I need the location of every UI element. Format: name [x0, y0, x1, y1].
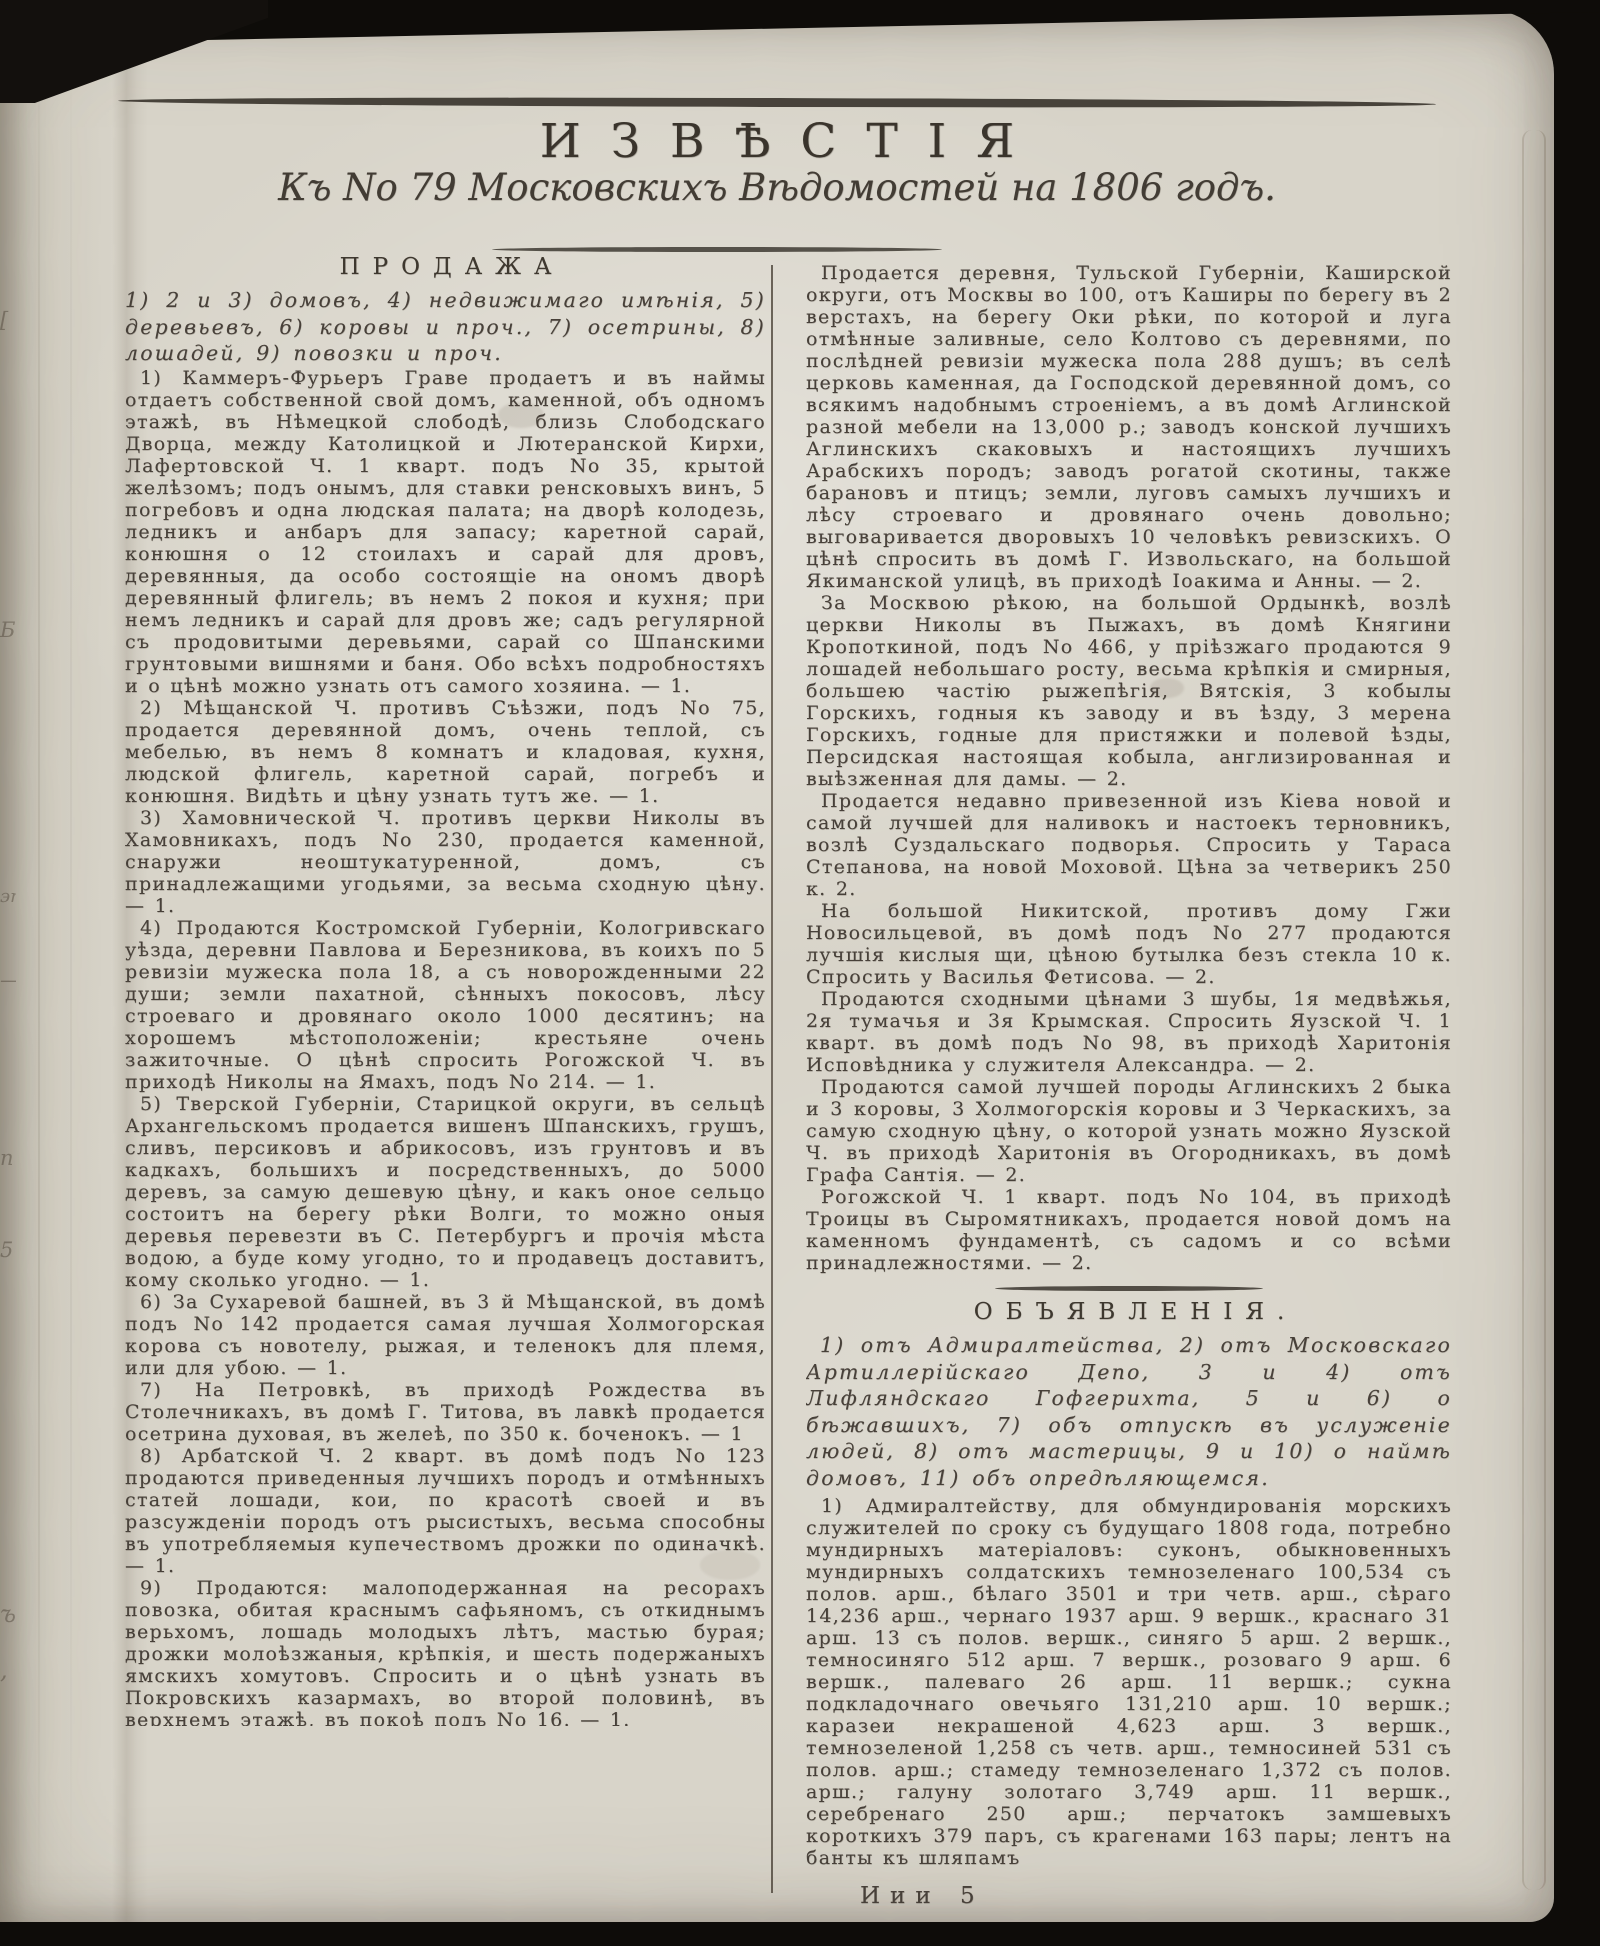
masthead-title: ИЗВѢСТІЯ [0, 114, 1554, 169]
paper-crease [38, 10, 40, 1922]
page-stack-edge [1522, 130, 1546, 1890]
sale-section-heading: ПРОДАЖА [125, 256, 766, 278]
masthead-subtitle: Къ No 79 Московскихъ Вѣдомостей на 1806 … [0, 166, 1554, 209]
newspaper-page: [ Б эт — п 5 ъ , ИЗВѢСТІЯ Къ No 79 Моско… [0, 10, 1554, 1922]
sale-item-3: 3) Хамовнической Ч. противъ церкви Никол… [125, 807, 766, 917]
edge-fragment: ъ [0, 1600, 16, 1628]
sale-notice-1: Продается деревня, Тульской Губерніи, Ка… [806, 262, 1452, 592]
left-column: ПРОДАЖА 1) 2 и 3) домовъ, 4) недвижимаго… [125, 256, 766, 1726]
edge-fragment: Б [0, 618, 16, 642]
edge-fragment: п [0, 1146, 16, 1170]
section-divider [995, 1286, 1263, 1291]
printer-signature-mark: Иии 5 [860, 1885, 1452, 1907]
scan-background-bottom [0, 1922, 1600, 1946]
paper-crease [70, 10, 72, 1922]
sale-item-8: 8) Арбатской Ч. 2 кварт. въ домѣ подъ No… [125, 1445, 766, 1577]
announcement-item-1: 1) Адмиралтейству, для обмундированія мо… [806, 1495, 1452, 1869]
sale-item-7: 7) На Петровкѣ, въ приходѣ Рождества въ … [125, 1379, 766, 1445]
sale-item-9: 9) Продаются: малоподержанная на ресорах… [125, 1577, 766, 1727]
edge-fragment: — [0, 968, 16, 992]
sale-notice-3: Продается недавно привезенной изъ Кіева … [806, 790, 1452, 900]
announcements-index-paragraph: 1) отъ Адмиралтейства, 2) отъ Московскаг… [806, 1332, 1452, 1491]
right-column: Продается деревня, Тульской Губерніи, Ка… [806, 262, 1452, 1910]
sale-notice-6: Продаются самой лучшей породы Аглинскихъ… [806, 1076, 1452, 1186]
edge-fragment: [ [0, 308, 16, 332]
announcements-heading: ОБЪЯВЛЕНІЯ. [806, 1301, 1452, 1323]
sale-item-1: 1) Каммеръ-Фурьеръ Граве продаетъ и въ н… [125, 367, 766, 697]
subtitle-rule [492, 247, 942, 252]
sale-item-2: 2) Мѣщанской Ч. противъ Съѣзжи, подъ No … [125, 697, 766, 807]
sale-index-paragraph: 1) 2 и 3) домовъ, 4) недвижимаго имѣнія,… [125, 287, 766, 367]
sale-item-4: 4) Продаются Костромской Губерніи, Колог… [125, 917, 766, 1093]
sale-notice-7: Рогожской Ч. 1 кварт. подъ No 104, въ пр… [806, 1186, 1452, 1274]
column-rule [771, 265, 773, 1893]
edge-fragment: , [0, 1656, 16, 1684]
sale-notice-2: За Москвою рѣкою, на большой Ордынкѣ, во… [806, 592, 1452, 790]
sale-notice-5: Продаются сходными цѣнами 3 шубы, 1я мед… [806, 988, 1452, 1076]
edge-fragment: 5 [0, 1238, 16, 1262]
sale-notice-4: На большой Никитской, противъ дому Гжи Н… [806, 900, 1452, 988]
sale-item-5: 5) Тверской Губерніи, Старицкой округи, … [125, 1093, 766, 1291]
masthead-rule [118, 96, 1436, 108]
edge-fragment: эт [0, 886, 16, 907]
sale-item-6: 6) За Сухаревой башней, въ 3 й Мѣщанской… [125, 1291, 766, 1379]
